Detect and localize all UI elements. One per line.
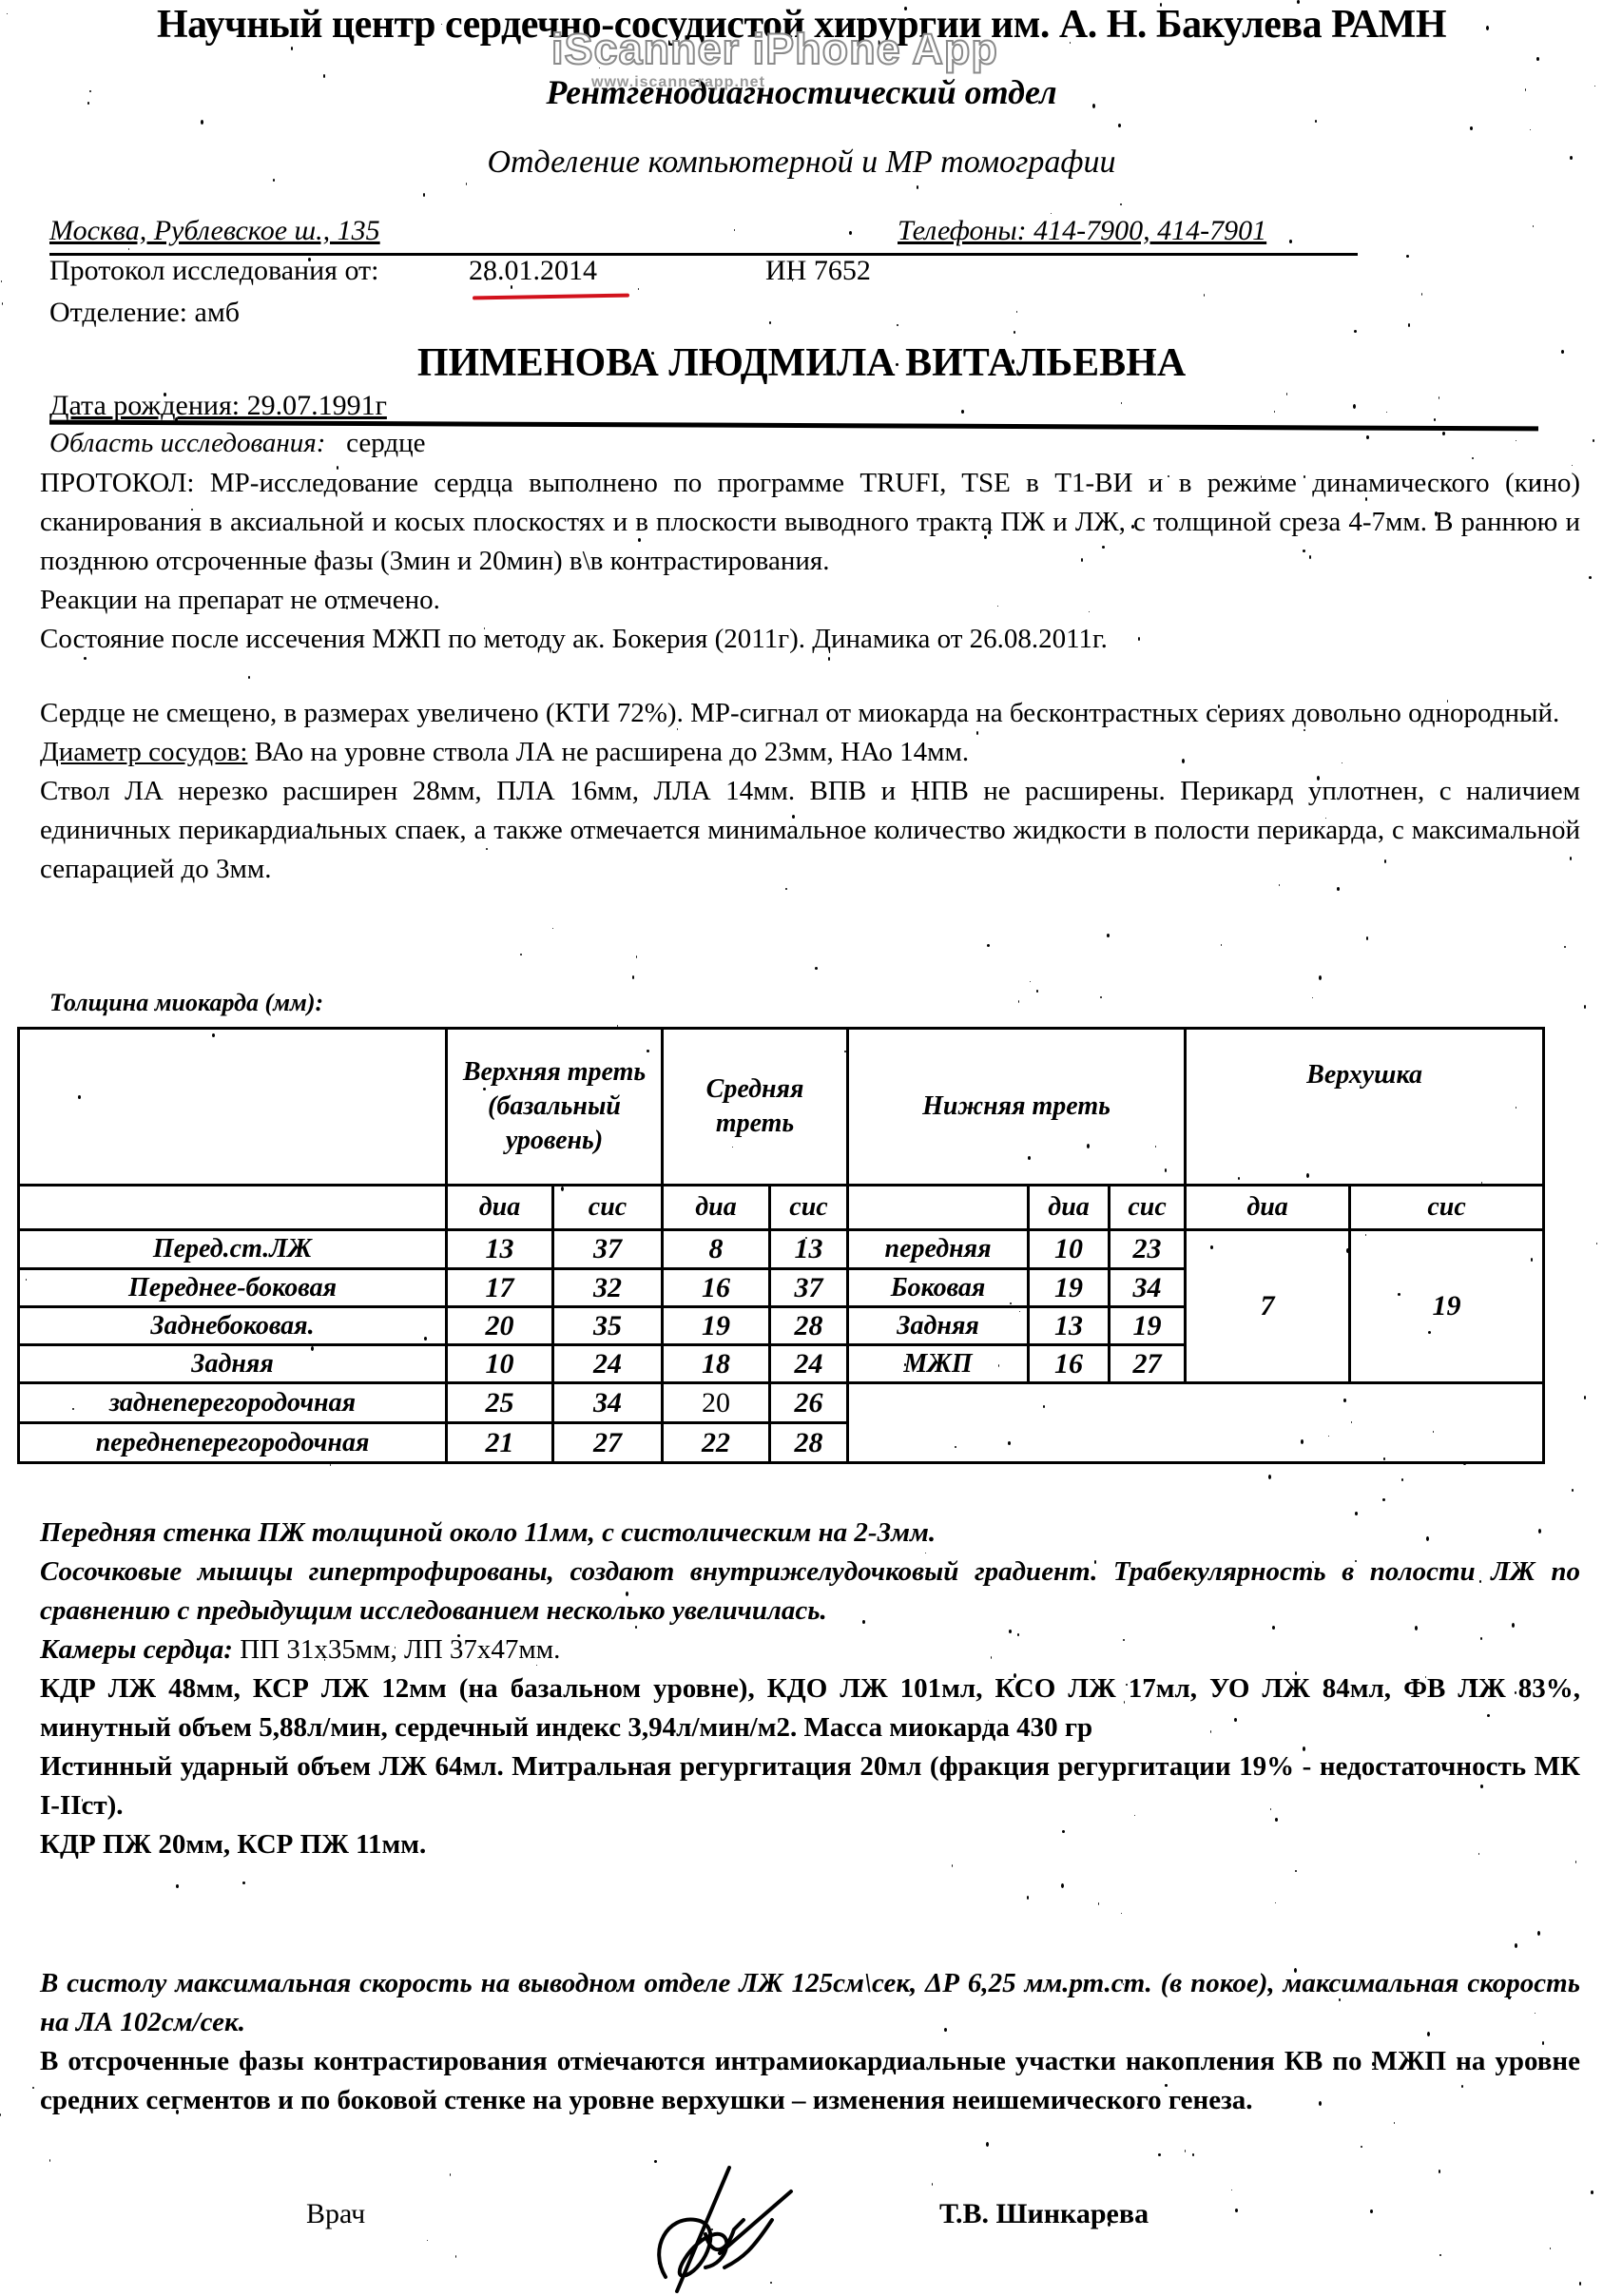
row-label: Переднее-боковая <box>19 1269 447 1307</box>
doppler-block: В систолу максимальная скорость на вывод… <box>40 1964 1580 2120</box>
subheader-sis: сис <box>770 1186 848 1230</box>
cell-mid-sis: 28 <box>770 1423 848 1463</box>
header-apex: Верхушка <box>1186 1029 1544 1186</box>
address: Москва, Рублевское ш., 135 <box>49 215 380 247</box>
subheader-sis: сис <box>553 1186 663 1230</box>
cell-upper-dia: 21 <box>447 1423 553 1463</box>
cell-mid-sis: 28 <box>770 1307 848 1345</box>
table-empty-region <box>848 1383 1544 1463</box>
late-phase-text: В отсроченные фазы контрастирования отме… <box>40 2042 1580 2120</box>
cell-mid-dia: 20 <box>663 1383 770 1423</box>
cell-upper-dia: 17 <box>447 1269 553 1307</box>
chambers-label: Камеры сердца: <box>40 1634 233 1665</box>
cell-lower-dia: 16 <box>1029 1345 1110 1383</box>
header-empty-cell <box>19 1029 447 1186</box>
rv-wall-text: Передняя стенка ПЖ толщиной около 11мм, … <box>40 1514 1580 1553</box>
cell-upper-dia: 20 <box>447 1307 553 1345</box>
subheader-dia: диа <box>1029 1186 1110 1230</box>
phones: Телефоны: 414-7900, 414-7901 <box>898 215 1266 247</box>
cell-lower-sis: 27 <box>1110 1345 1186 1383</box>
cell-mid-dia: 22 <box>663 1423 770 1463</box>
doctor-role: Врач <box>306 2198 365 2230</box>
department-field: Отделение: амб <box>49 297 240 329</box>
study-area-value: сердце <box>346 428 425 458</box>
pericardium-findings: Ствол ЛА нерезко расширен 28мм, ПЛА 16мм… <box>40 772 1580 889</box>
subheader-empty-cell <box>848 1186 1029 1230</box>
header-middle-third: Средняя треть <box>663 1029 848 1186</box>
subheader-dia: диа <box>1186 1186 1350 1230</box>
cell-upper-sis: 32 <box>553 1269 663 1307</box>
row-label: переднеперегородочная <box>19 1423 447 1463</box>
table-header-row: Верхняя треть (базальный уровень) Средня… <box>19 1029 1544 1186</box>
cell-mid-sis: 37 <box>770 1269 848 1307</box>
papillary-text: Сосочковые мышцы гипертрофированы, созда… <box>40 1553 1580 1630</box>
signature-icon <box>639 2163 801 2296</box>
thickness-table-title: Толщина миокарда (мм): <box>49 989 323 1017</box>
cell-mid-dia: 19 <box>663 1307 770 1345</box>
findings-block: Сердце не смещено, в размерах увеличено … <box>40 694 1580 889</box>
cell-mid-dia: 8 <box>663 1230 770 1269</box>
subheader-sis: сис <box>1350 1186 1544 1230</box>
cell-lower-dia: 10 <box>1029 1230 1110 1269</box>
watermark-url: www.iscannerapp.net <box>591 74 765 91</box>
protocol-date-label: Протокол исследования от: <box>49 255 379 287</box>
cell-upper-sis: 34 <box>553 1383 663 1423</box>
date-highlight-mark <box>473 294 629 300</box>
cell-mid-dia: 18 <box>663 1345 770 1383</box>
cell-upper-dia: 25 <box>447 1383 553 1423</box>
vessels-label: Диаметр сосудов: <box>40 737 247 767</box>
cell-lower-sis: 34 <box>1110 1269 1186 1307</box>
header-lower-third: Нижняя треть <box>848 1029 1186 1186</box>
row-label: Заднебоковая. <box>19 1307 447 1345</box>
study-area-label: Область исследования: <box>49 428 325 458</box>
cell-upper-sis: 27 <box>553 1423 663 1463</box>
velocity-text: В систолу максимальная скорость на вывод… <box>40 1964 1580 2042</box>
protocol-block: ПРОТОКОЛ: МР-исследование сердца выполне… <box>40 464 1580 659</box>
table-subheader-row: диа сис диа сис диа сис диа сис <box>19 1186 1544 1230</box>
row-label: Перед.ст.ЛЖ <box>19 1230 447 1269</box>
cell-upper-dia: 10 <box>447 1345 553 1383</box>
study-area: Область исследования: сердце <box>49 428 426 459</box>
patient-name: ПИМЕНОВА ЛЮДМИЛА ВИТАЛЬЕВНА <box>0 340 1603 386</box>
cell-mid-sis: 26 <box>770 1383 848 1423</box>
table-row: Перед.ст.ЛЖ 13 37 8 13 передняя 10 23 7 … <box>19 1230 1544 1269</box>
cell-lower-dia: 19 <box>1029 1269 1110 1307</box>
table-row: заднеперегородочная 25 34 20 26 <box>19 1383 1544 1423</box>
rv-params-text: КДР ПЖ 20мм, КСР ПЖ 11мм. <box>40 1825 1580 1864</box>
myocardium-thickness-table: Верхняя треть (базальный уровень) Средня… <box>17 1027 1545 1464</box>
department-title: Рентгенодиагностический отдел <box>0 72 1603 112</box>
lower-row-label: Задняя <box>848 1307 1029 1345</box>
heart-findings: Сердце не смещено, в размерах увеличено … <box>40 694 1580 733</box>
watermark-title: iScanner iPhone App <box>551 25 998 74</box>
vessels-value: ВАо на уровне ствола ЛА не расширена до … <box>247 737 969 767</box>
chambers-line: Камеры сердца: ПП 31х35мм, ЛП 37х47мм. <box>40 1630 1580 1669</box>
cell-lower-sis: 23 <box>1110 1230 1186 1269</box>
cell-mid-sis: 24 <box>770 1345 848 1383</box>
protocol-text: ПРОТОКОЛ: МР-исследование сердца выполне… <box>40 464 1580 581</box>
lower-row-label: МЖП <box>848 1345 1029 1383</box>
header-upper-third: Верхняя треть (базальный уровень) <box>447 1029 663 1186</box>
history-text: Состояние после иссечения МЖП по методу … <box>40 620 1580 659</box>
subdepartment-title: Отделение компьютерной и МР томографии <box>0 145 1603 181</box>
subheader-dia: диа <box>663 1186 770 1230</box>
doctor-name: Т.В. Шинкарева <box>939 2198 1149 2230</box>
lv-params-text: КДР ЛЖ 48мм, КСР ЛЖ 12мм (на базальном у… <box>40 1669 1580 1747</box>
lower-row-label: передняя <box>848 1230 1029 1269</box>
conclusion-block: Передняя стенка ПЖ толщиной около 11мм, … <box>40 1514 1580 1864</box>
cell-mid-dia: 16 <box>663 1269 770 1307</box>
vessels-line: Диаметр сосудов: ВАо на уровне ствола ЛА… <box>40 733 1580 772</box>
row-label: Задняя <box>19 1345 447 1383</box>
cell-upper-dia: 13 <box>447 1230 553 1269</box>
birthdate: Дата рождения: 29.07.1991г <box>49 390 387 422</box>
cell-mid-sis: 13 <box>770 1230 848 1269</box>
protocol-date: 28.01.2014 <box>469 255 597 287</box>
chambers-value: ПП 31х35мм, ЛП 37х47мм. <box>233 1634 560 1665</box>
cell-upper-sis: 24 <box>553 1345 663 1383</box>
cell-apex-dia: 7 <box>1186 1230 1350 1383</box>
subheader-empty-cell <box>19 1186 447 1230</box>
row-label: заднеперегородочная <box>19 1383 447 1423</box>
cell-lower-dia: 13 <box>1029 1307 1110 1345</box>
cell-upper-sis: 35 <box>553 1307 663 1345</box>
cell-lower-sis: 19 <box>1110 1307 1186 1345</box>
stroke-volume-text: Истинный ударный объем ЛЖ 64мл. Митральн… <box>40 1747 1580 1825</box>
reaction-text: Реакции на препарат не отмечено. <box>40 581 1580 620</box>
patient-id: ИН 7652 <box>765 255 871 287</box>
cell-upper-sis: 37 <box>553 1230 663 1269</box>
subheader-dia: диа <box>447 1186 553 1230</box>
lower-row-label: Боковая <box>848 1269 1029 1307</box>
subheader-sis: сис <box>1110 1186 1186 1230</box>
cell-apex-sis: 19 <box>1350 1230 1544 1383</box>
